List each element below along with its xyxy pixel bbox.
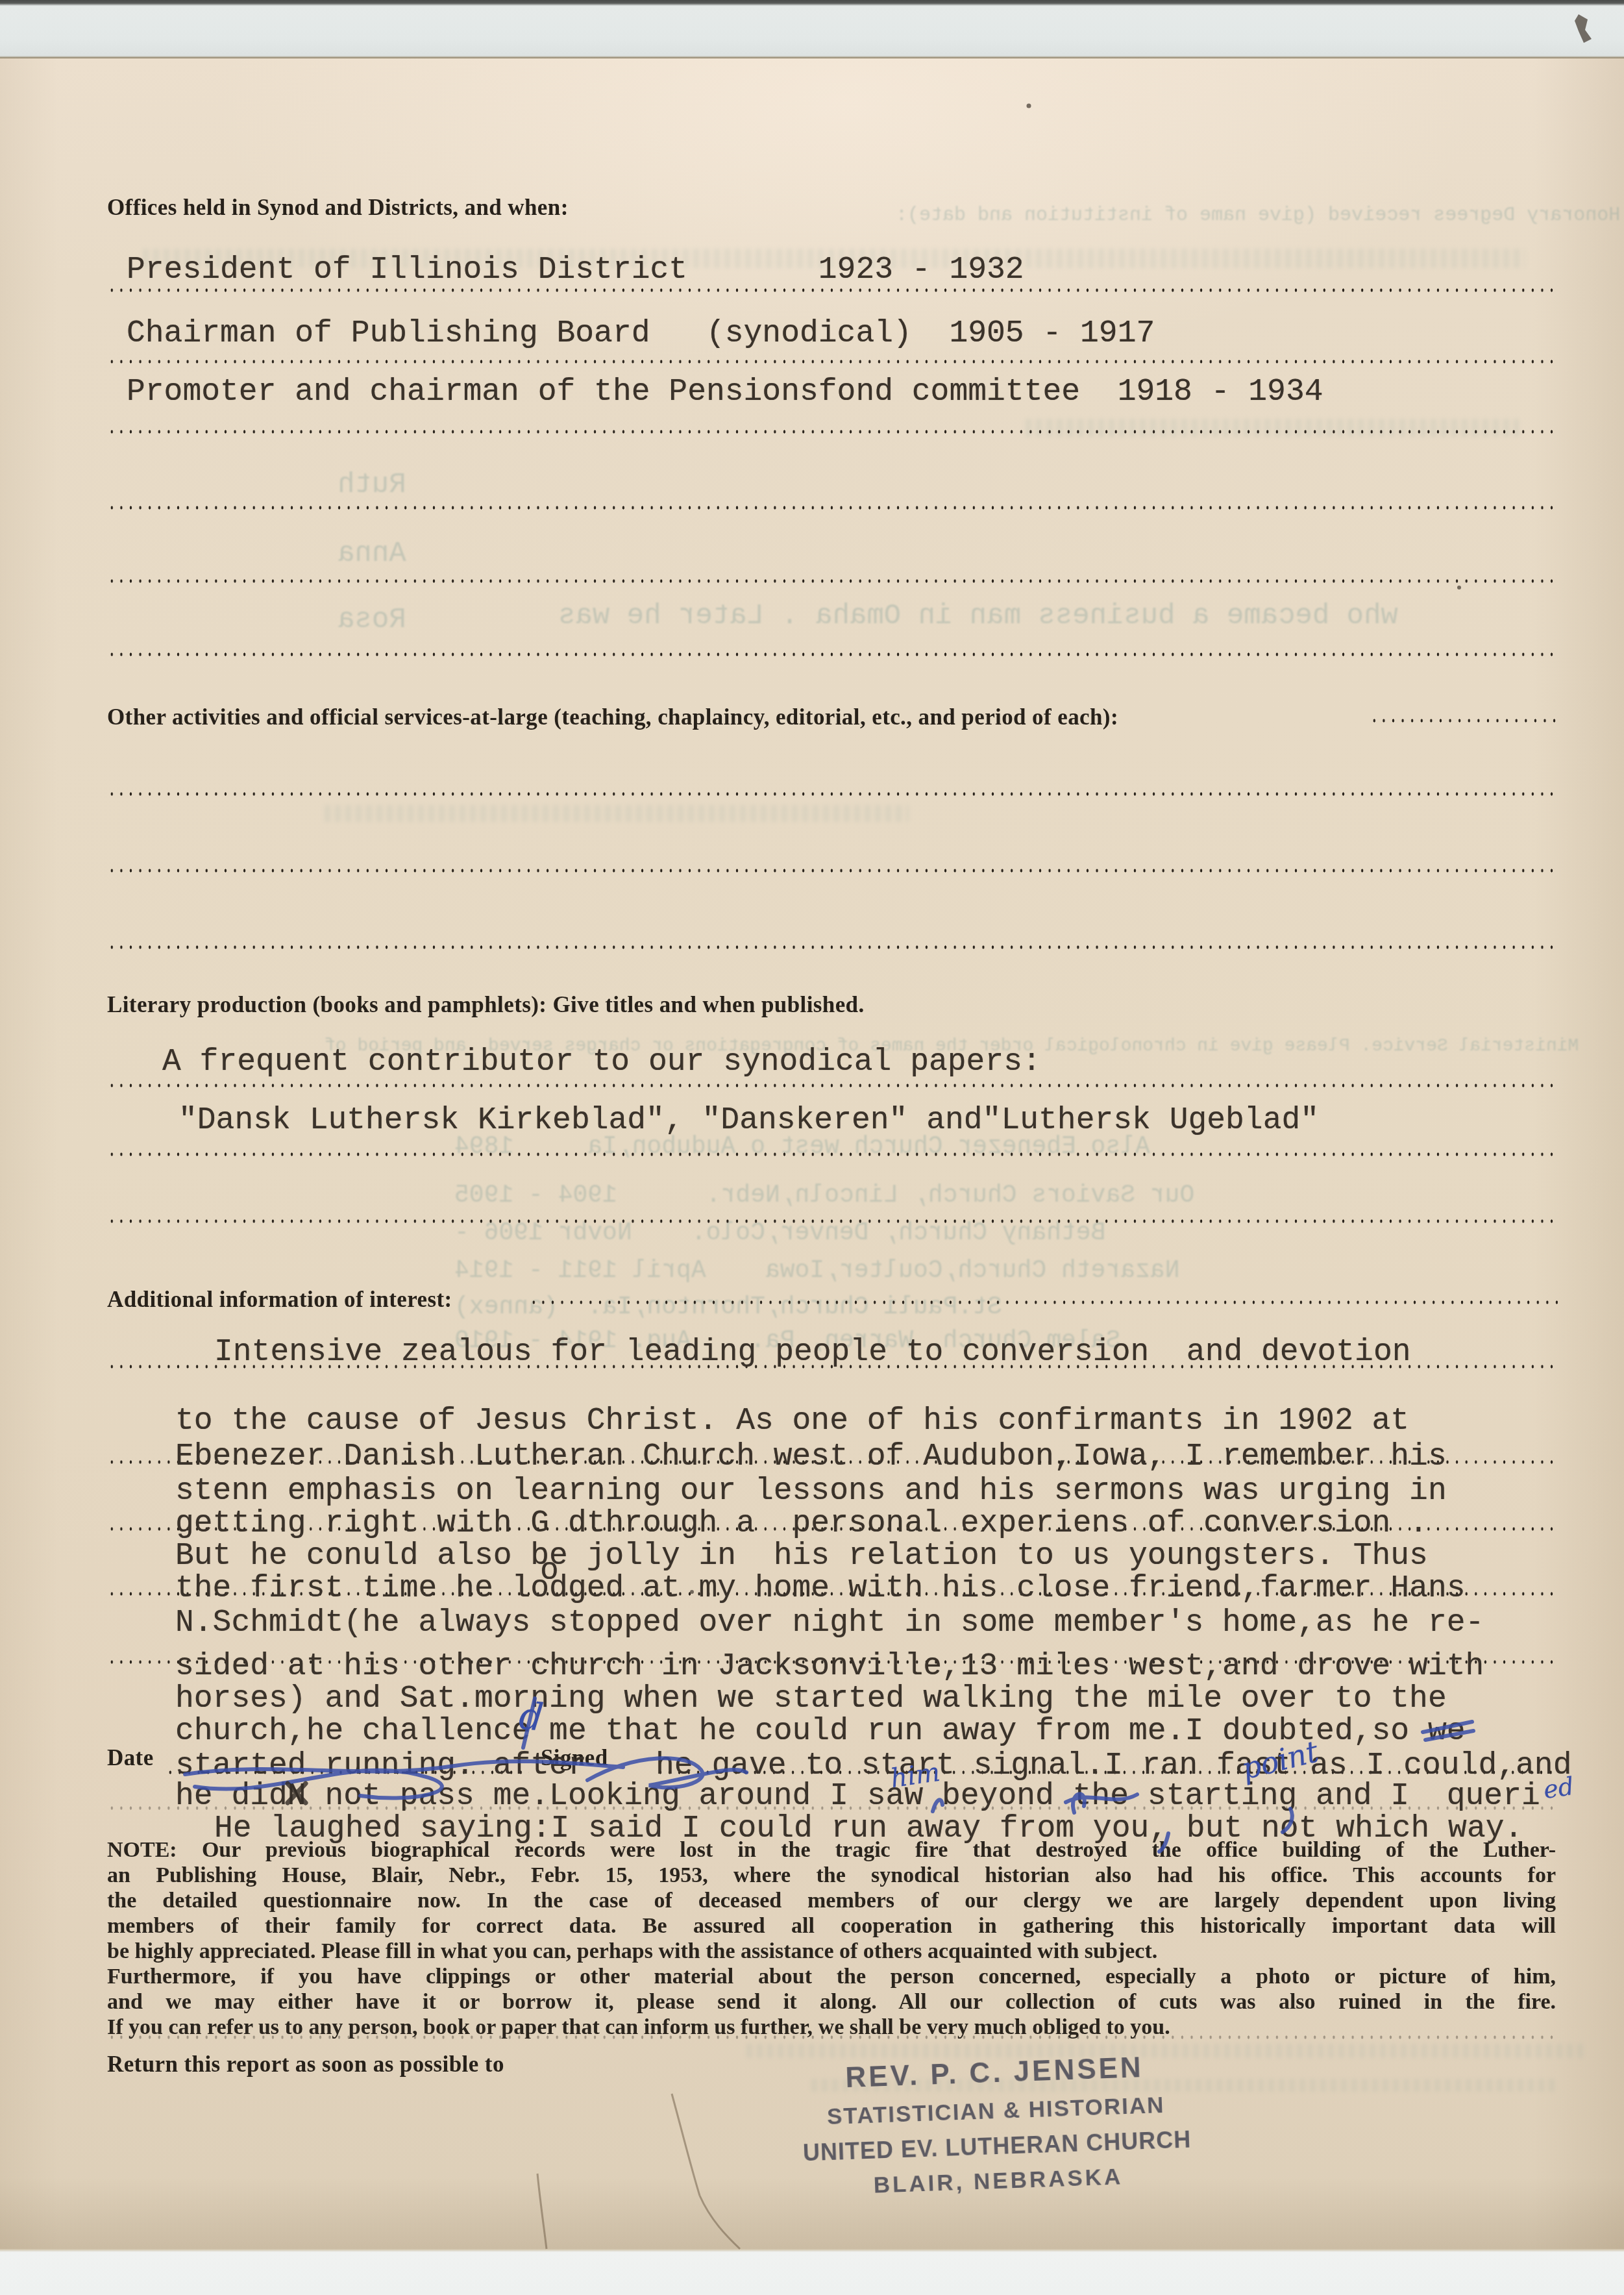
dust-speck: [1027, 104, 1031, 108]
caret-point: [1283, 1809, 1292, 1832]
stamp-church: UNITED EV. LUTHERAN CHURCH: [796, 2126, 1199, 2167]
dust-speck: [1457, 586, 1461, 589]
rubber-stamp: REV. P. C. JENSEN STATISTICIAN & HISTORI…: [793, 2050, 1200, 2202]
paper-crease-3: [672, 2094, 700, 2196]
pen-d-ascender: [523, 1698, 535, 1748]
pen-tick-after-you: [1159, 1833, 1168, 1852]
stamp-title: STATISTICIAN & HISTORIAN: [794, 2091, 1198, 2131]
caret-him: [933, 1800, 942, 1811]
strike-we-2: [1425, 1731, 1473, 1740]
strike-started-running-loop: [195, 1770, 442, 1798]
pen-scribbles: [0, 0, 1624, 2295]
paper-crease-1: [700, 2196, 740, 2249]
scanner-smudge-mark: [1575, 14, 1592, 43]
dust-speck: [690, 1590, 694, 1594]
strike-signed-loop: [587, 1758, 746, 1787]
paper-crease-2: [537, 2174, 547, 2249]
